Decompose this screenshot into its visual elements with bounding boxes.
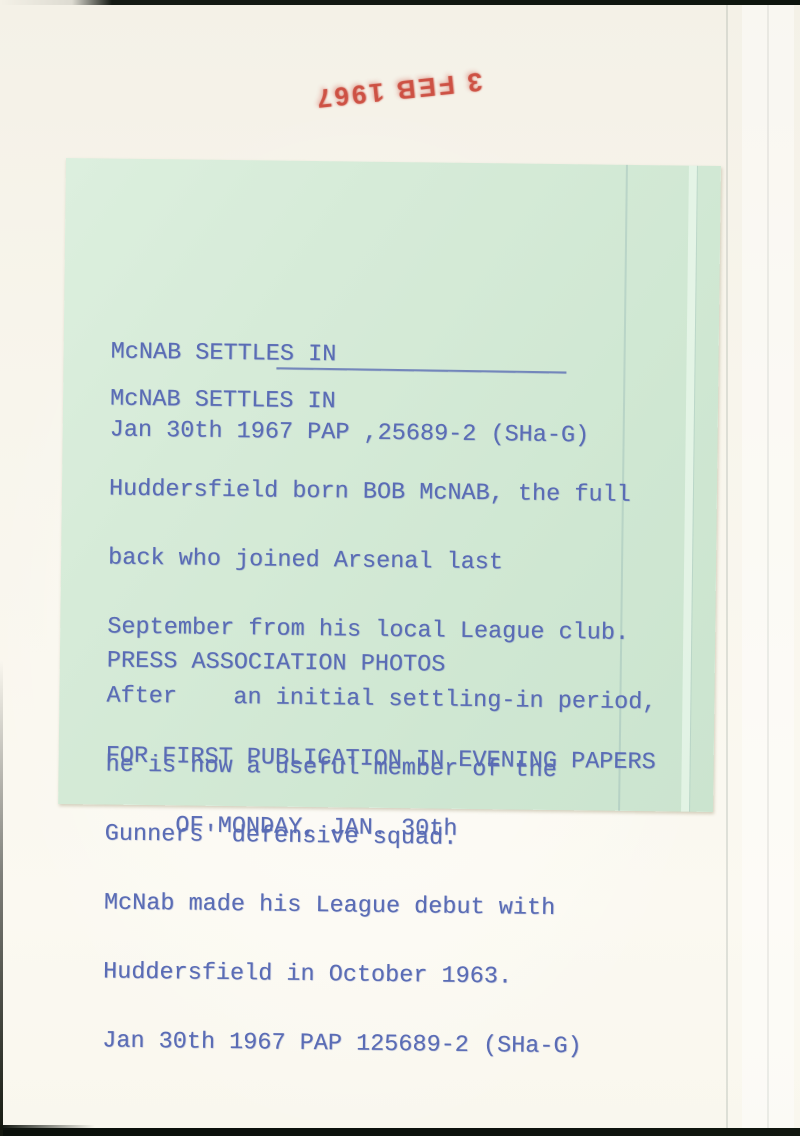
- typed-line: McNab made his League debut with: [104, 892, 654, 922]
- paper-fold-line: [681, 166, 697, 812]
- typed-line: FOR FIRST PUBLICATION IN EVENING PAPERS: [106, 745, 656, 775]
- agency-credit: PRESS ASSOCIATION PHOTOS: [107, 650, 446, 677]
- scan-edge-left: [0, 660, 3, 1136]
- scan-edge-bottom-step: [0, 1125, 95, 1130]
- date-stamp: 3 FEB 1967: [312, 66, 483, 114]
- backing-crease-line: [767, 0, 769, 1136]
- typed-line: McNAB SETTLES IN: [110, 340, 590, 372]
- photo-scan: 3 FEB 1967 McNAB SETTLES IN Jan 30th 196…: [0, 0, 800, 1136]
- scan-edge-top: [0, 0, 800, 5]
- publication-notice: FOR FIRST PUBLICATION IN EVENING PAPERS …: [104, 699, 656, 890]
- typed-line: Jan 30th 1967 PAP 125689-2 (SHa-G): [102, 1030, 652, 1060]
- scan-edge-bottom: [0, 1128, 800, 1136]
- backing-crease-line: [726, 0, 728, 1136]
- typed-line: Huddersfield born BOB McNAB, the full: [109, 478, 659, 508]
- caption-slip: McNAB SETTLES IN Jan 30th 1967 PAP ,2568…: [58, 158, 721, 812]
- caption-title: McNAB SETTLES IN: [110, 388, 336, 414]
- typed-line: Huddersfield in October 1963.: [103, 961, 653, 991]
- typed-line: OF MONDAY, JAN. 30th: [105, 814, 655, 844]
- typed-line: back who joined Arsenal last: [108, 547, 658, 577]
- typed-line: September from his local League club.: [107, 616, 657, 646]
